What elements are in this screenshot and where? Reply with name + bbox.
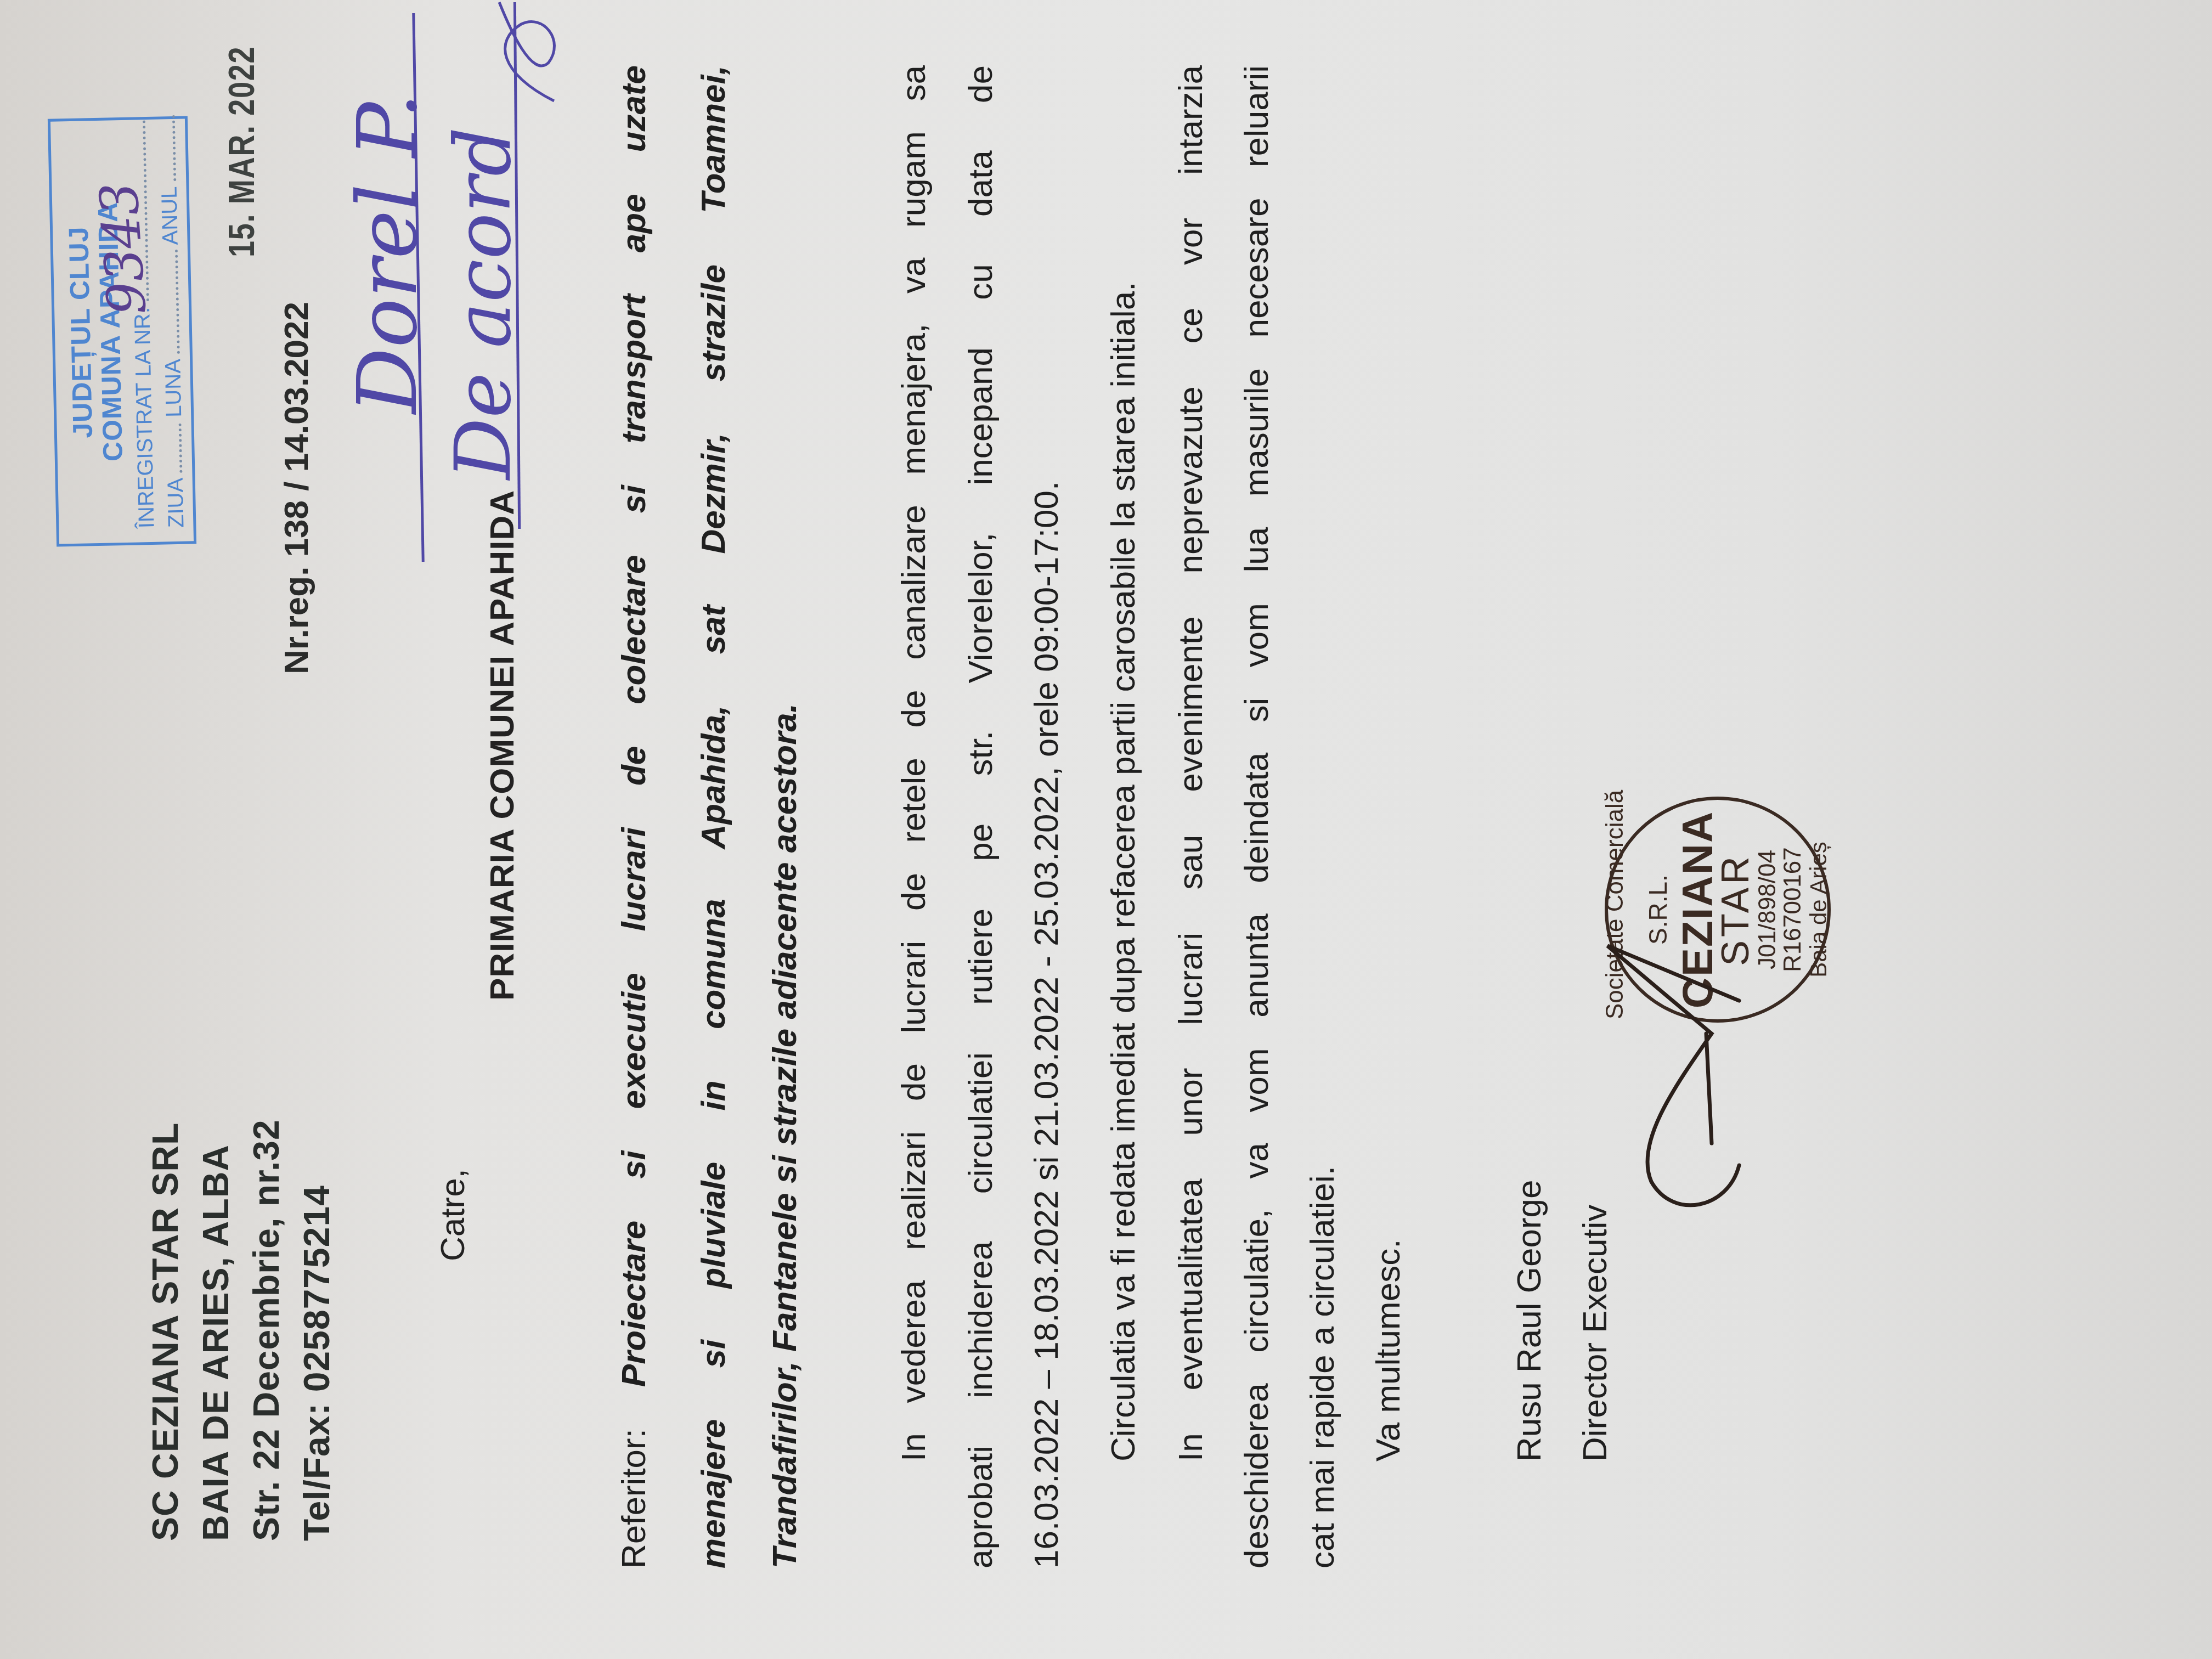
- sender-city: BAIA DE ARIES, ALBA: [190, 1119, 241, 1541]
- subject-line: menajere si pluviale in comuna Apahida, …: [694, 65, 733, 1568]
- body-line: aprobati inchiderea circulatiei rutiere …: [961, 65, 1000, 1568]
- letter-sheet: SC CEZIANA STAR SRL BAIA DE ARIES, ALBA …: [0, 0, 2212, 1659]
- subject-line: Referitor: Proiectare si executie lucrar…: [614, 65, 653, 1568]
- body-line: cat mai rapide a circulatiei.: [1303, 65, 1342, 1568]
- closing: Va multumesc.: [1369, 1239, 1408, 1462]
- stamp-registered-label: ÎNREGISTRAT LA NR.: [130, 307, 159, 529]
- sender-phone: Tel/Fax: 0258775214: [291, 1119, 342, 1541]
- body-line: Circulatia va fi redata imediat dupa ref…: [1104, 65, 1143, 1462]
- stamp-month-label: LUNA: [161, 360, 186, 417]
- body-line: deschiderea circulatie, va vom anunta de…: [1237, 65, 1276, 1568]
- handwritten-approval: De acord: [439, 127, 528, 479]
- stamp-year-field: [172, 115, 177, 181]
- stamp-day-label: ZIUA: [163, 479, 189, 528]
- salutation: Catre,: [433, 1169, 472, 1261]
- subject-line: Trandafirilor, Fantanele si strazile adi…: [765, 65, 804, 1568]
- handwritten-initials-icon: [488, 0, 576, 106]
- registration-stamp: JUDEȚUL CLUJ COMUNA APAHIDA ÎNREGISTRAT …: [48, 116, 196, 546]
- sender-block: SC CEZIANA STAR SRL BAIA DE ARIES, ALBA …: [140, 1119, 342, 1541]
- stamp-date-row: ZIUA LUNA ANUL: [156, 130, 189, 528]
- stamp-ring-bottom: Baia de Arieș: [1805, 800, 1832, 1019]
- handwritten-registration-number: 9343: [89, 180, 159, 317]
- body-line: 16.03.2022 – 18.03.2022 si 21.03.2022 - …: [1027, 65, 1066, 1568]
- sender-company: SC CEZIANA STAR SRL: [140, 1119, 190, 1541]
- body-line: In eventualitatea unor lucrari sau eveni…: [1171, 65, 1210, 1462]
- handwritten-name: Dorel P.: [340, 93, 436, 414]
- stamp-day-field: [179, 424, 183, 473]
- registration-reference: Nr.reg. 138 / 14.03.2022: [277, 302, 316, 674]
- received-date-stamp: 15. MAR. 2022: [221, 46, 262, 257]
- body-line: In vederea realizari de lucrari de retel…: [894, 65, 933, 1462]
- recipient: PRIMARIA COMUNEI APAHIDA: [483, 490, 522, 1001]
- signature-icon: [1575, 924, 1805, 1231]
- subject-label: Referitor:: [615, 1429, 653, 1568]
- signatory-title: Director Executiv: [1576, 1204, 1615, 1462]
- signatory-name: Rusu Raul George: [1510, 1180, 1549, 1462]
- sender-address: Str. 22 Decembrie, nr.32: [241, 1119, 291, 1541]
- stamp-year-label: ANUL: [157, 187, 183, 245]
- stamp-month-field: [175, 250, 180, 354]
